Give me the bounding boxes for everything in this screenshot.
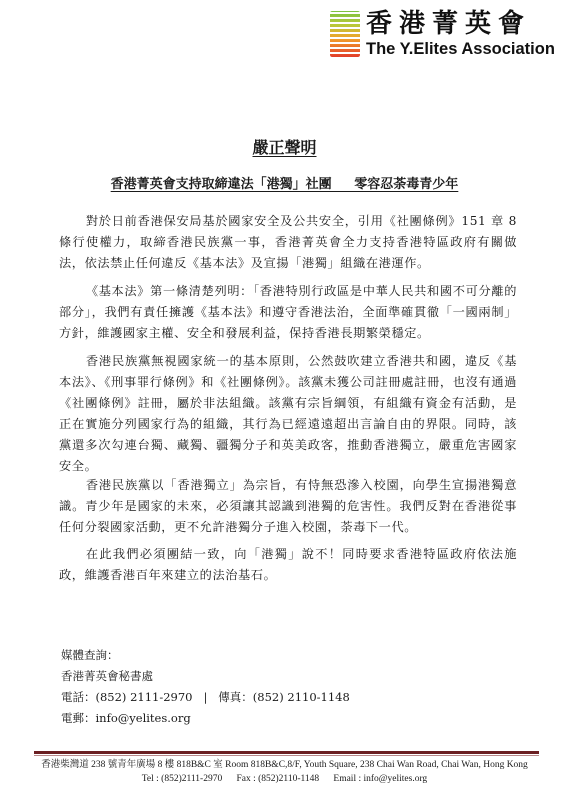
document-title: 嚴正聲明 (0, 138, 569, 158)
letterhead-page: 香港菁英會 The Y.Elites Association 嚴正聲明 香港菁英… (0, 0, 569, 799)
y-elites-logo-mark-icon (330, 11, 360, 57)
contact-office: 香港菁英會秘書處 (61, 666, 350, 687)
media-contact-block: 媒體查詢： 香港菁英會秘書處 電話：(852) 2111-2970 | 傳真：(… (61, 645, 350, 729)
footer-divider-thin (34, 755, 539, 756)
contact-email: 電郵：info@yelites.org (61, 708, 350, 729)
document-subtitle: 香港菁英會支持取締違法「港獨」社團 零容忍荼毒青少年 (0, 176, 569, 194)
footer-divider (34, 751, 539, 754)
body-paragraph: 在此我們必須團結一致，向「港獨」說不！同時要求香港特區政府依法施政，維護香港百年… (59, 544, 517, 586)
contact-phone-fax: 電話：(852) 2111-2970 | 傳真：(852) 2110-1148 (61, 687, 350, 708)
body-paragraph: 香港民族黨以「香港獨立」為宗旨，有恃無恐滲入校園，向學生宣揚港獨意識。青少年是國… (59, 475, 517, 538)
logo-chinese-name: 香港菁英會 (366, 9, 531, 39)
body-paragraph: 《基本法》第一條清楚列明：「香港特別行政區是中華人民共和國不可分離的部分」，我們… (59, 281, 517, 344)
association-logo: 香港菁英會 The Y.Elites Association (330, 9, 560, 61)
footer-tel-fax-email: Tel : (852)2111-2970 Fax : (852)2110-114… (0, 773, 569, 786)
footer-address: 香港柴灣道 238 號青年廣場 8 樓 818B&C 室 Room 818B&C… (0, 759, 569, 772)
contact-heading: 媒體查詢： (61, 645, 350, 666)
body-paragraph: 香港民族黨無視國家統一的基本原則，公然鼓吹建立香港共和國，違反《基本法》、《刑事… (59, 351, 517, 477)
logo-english-name: The Y.Elites Association (366, 39, 555, 59)
body-paragraph: 對於日前香港保安局基於國家安全及公共安全，引用《社團條例》151 章 8 條行使… (59, 211, 517, 274)
